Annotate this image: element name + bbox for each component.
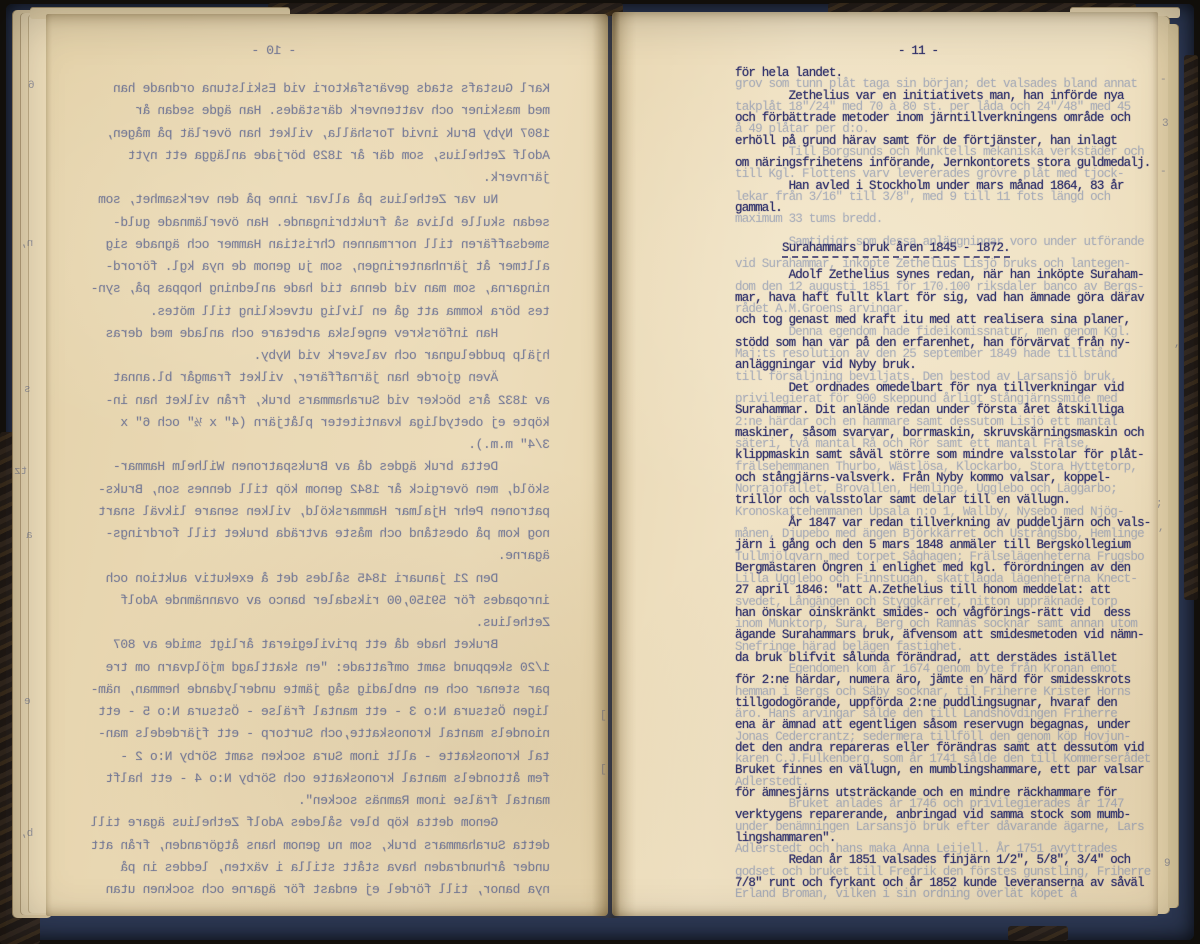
text-line: ena är ämnad att egentligen såsom reserv…	[735, 714, 1165, 737]
text-line: och förbättrade metoder inom järntillver…	[735, 107, 1165, 130]
text-line: järn i gång och den 5 mars 1848 anmäler …	[735, 534, 1165, 557]
margin-mark: -	[1160, 74, 1167, 86]
text-line: Bergmästaren Öngren i enlighet med kgl. …	[735, 557, 1165, 580]
margin-mark: ;	[1156, 498, 1163, 510]
left-page-number-mirrored: - 10 -	[236, 40, 312, 62]
margin-mark: ,	[1174, 338, 1181, 350]
text-line: ligen Östsura N:o 3 - ett mantal frälse …	[58, 701, 550, 723]
text-line: om näringsfrihetens införande, Jernkonto…	[735, 152, 1165, 175]
margin-mark: n,	[20, 238, 33, 250]
text-line: lingshammaren".	[735, 827, 1165, 850]
margin-mark: -	[1160, 166, 1167, 178]
margin-mark: a	[26, 530, 33, 542]
text-line: 1807 Nyby Bruk invid Torshälla, vilket h…	[58, 123, 550, 145]
text-line: med maskiner och vattenverk därstädes. H…	[58, 100, 550, 122]
text-line: fem åttondels mantal kronoskatte och Sör…	[58, 768, 550, 790]
text-line: nya banor, till fördel ej endast för äga…	[58, 879, 550, 901]
page-edge-stack-right	[1168, 24, 1179, 908]
text-line: Detta bruk ägdes då av Brukspatronen Wil…	[58, 456, 550, 478]
text-line: av 1832 års böcker vid Surahammars bruk,…	[58, 390, 550, 412]
text-line: klippmaskin samt såväl större som mindre…	[735, 444, 1165, 467]
text-line: Den 21 januari 1845 såldes det å exekuti…	[58, 568, 550, 590]
text-line: han önskar oinskränkt smides- och vågför…	[735, 602, 1165, 625]
book-scan: - 10 - Karl Gustafs stads gevärsfaktori …	[0, 0, 1200, 944]
text-line: tillgodogörande, uppförda 2:ne puddlings…	[735, 692, 1165, 715]
text-line: Adolf Zethelius synes redan, när han ink…	[735, 264, 1165, 287]
text-line: tal kronoskatte - allt inom Sura socken …	[58, 746, 550, 768]
text-line: Surahammar. Dit anlände redan under förs…	[735, 399, 1165, 422]
margin-mark: b,	[20, 828, 33, 840]
text-line: par stenar och en enbladig såg jämte und…	[58, 679, 550, 701]
text-line: Bruket finnes en vällugn, en mumblingsha…	[735, 759, 1165, 782]
text-line: gammal.	[735, 197, 1165, 220]
margin-mark: 9	[1164, 858, 1171, 870]
text-line: nog kom på obestånd och måste avträda br…	[58, 523, 550, 545]
text-line: och stångjärns-valsverk. Från Nyby kommo…	[735, 467, 1165, 490]
text-line: niondels mantal kronoskatte,och Surtorp …	[58, 723, 550, 745]
text-line: sköld, men övergick år 1842 genom köp ti…	[58, 479, 550, 501]
section-heading-text: Surahammars bruk åren 1845 - 1872.	[782, 241, 1010, 258]
right-page-paragraphs-top: för hela landet. Zethelius var en initia…	[735, 62, 1165, 220]
text-line: ägande Surahammars bruk, äfvensom att sm…	[735, 624, 1165, 647]
text-line: hjälp puddelugnar och valsverk vid Nyby.	[58, 345, 550, 367]
margin-mark: s	[24, 384, 31, 396]
margin-mark: 6	[28, 80, 35, 92]
margin-mark: [	[600, 764, 607, 776]
margin-mark: [	[600, 710, 607, 722]
text-line: Redan år 1851 valsades finjärn 1/2", 5/8…	[735, 849, 1165, 872]
text-line: mar, hava haft fullt klart för sig, vad …	[735, 287, 1165, 310]
text-line: Han införskrev engelska arbetare och anl…	[58, 323, 550, 345]
text-line: tes böra komma att gå en livlig utveckli…	[58, 301, 550, 323]
text-line: smedsaffären till norrmannen Christian H…	[58, 234, 550, 256]
text-line: ningarna, som man vid denna tid hade anl…	[58, 278, 550, 300]
section-heading: Surahammars bruk åren 1845 - 1872.	[735, 237, 1010, 260]
text-line: Nu var Zethelius på allvar inne på den v…	[58, 189, 550, 211]
text-line: trillor och valsstolar samt delar till e…	[735, 489, 1165, 512]
text-line: och tog genast med kraft itu med att rea…	[735, 309, 1165, 332]
text-line: Det ordnades omedelbart för nya tillverk…	[735, 377, 1165, 400]
text-line: detta Surahammars bruk, som nu genom han…	[58, 835, 550, 857]
cover-marble-texture	[1008, 926, 1068, 941]
text-line: köpte ej obetydliga kvantiteter plåtjärn…	[58, 412, 550, 434]
text-line: maskiner, såsom svarvar, borrmaskin, skr…	[735, 422, 1165, 445]
text-line: för ämnesjärns utsträckande och en mindr…	[735, 782, 1165, 805]
text-line: verktygens reparerande, anbringad vid sa…	[735, 804, 1165, 827]
text-line: Karl Gustafs stads gevärsfaktori vid Esk…	[58, 78, 550, 100]
text-line: patronen Pehr Hjalmar Hammarsköld, vilke…	[58, 501, 550, 523]
text-line: sedan skulle bliva så fruktbringande. Ha…	[58, 212, 550, 234]
text-line: mantal frälse inom Ramnäs socken".	[58, 790, 550, 812]
right-page-number: - 11 -	[898, 40, 938, 63]
margin-mark: e	[24, 696, 31, 708]
text-line: järnverk.	[58, 167, 550, 189]
text-line: anläggningar vid Nyby bruk.	[735, 354, 1165, 377]
text-line: inropades för 59150,00 riksdaler banco a…	[58, 590, 550, 612]
cover-marble-texture	[1184, 55, 1198, 600]
text-line: Bruket hade då ett privilegierat årligt …	[58, 634, 550, 656]
text-line: för 2:ne härdar, numera äro, jämte en hä…	[735, 669, 1165, 692]
text-line: erhöll på grund härav samt för de förtjä…	[735, 130, 1165, 153]
text-line: alltmer åt järnhanteringen, som ju genom…	[58, 256, 550, 278]
text-line: 7/8" runt och fyrkant och år 1852 kunde …	[735, 872, 1165, 895]
text-line: Han avled i Stockholm under mars månad 1…	[735, 175, 1165, 198]
text-line: ägarne.	[58, 545, 550, 567]
right-page-paragraphs-main: Adolf Zethelius synes redan, när han ink…	[735, 264, 1165, 894]
text-line: Zethelius.	[58, 612, 550, 634]
margin-mark: ,	[1158, 522, 1165, 534]
margin-mark: 3	[1162, 118, 1169, 130]
left-page-mirrored-text: Karl Gustafs stads gevärsfaktori vid Esk…	[58, 78, 550, 901]
text-line: Även gjorde han järnaffärer, vilket fram…	[58, 367, 550, 389]
text-line: 27 april 1846: "att A.Zethelius till hon…	[735, 579, 1165, 602]
text-line: Zethelius var en initiativets man, han i…	[735, 85, 1165, 108]
text-line: Genom detta köp blev således Adolf Zethe…	[58, 812, 550, 834]
text-line: År 1847 var redan tillverkning av puddel…	[735, 512, 1165, 535]
text-line: da bruk blifvit sålunda förändrad, att d…	[735, 647, 1165, 670]
text-line: det den andra repareras eller förändras …	[735, 737, 1165, 760]
text-line: stödd som han var på den erfarenhet, han…	[735, 332, 1165, 355]
text-line: Adolf Zethelius, som där år 1829 började…	[58, 145, 550, 167]
text-line: för hela landet.	[735, 62, 1165, 85]
text-line: 1/20 skeppund samt omfattade: "en skattl…	[58, 657, 550, 679]
margin-mark: tz	[14, 466, 27, 478]
text-line: 3/4" m.m.).	[58, 434, 550, 456]
text-line: under århundraden hava stått stilla i vä…	[58, 857, 550, 879]
